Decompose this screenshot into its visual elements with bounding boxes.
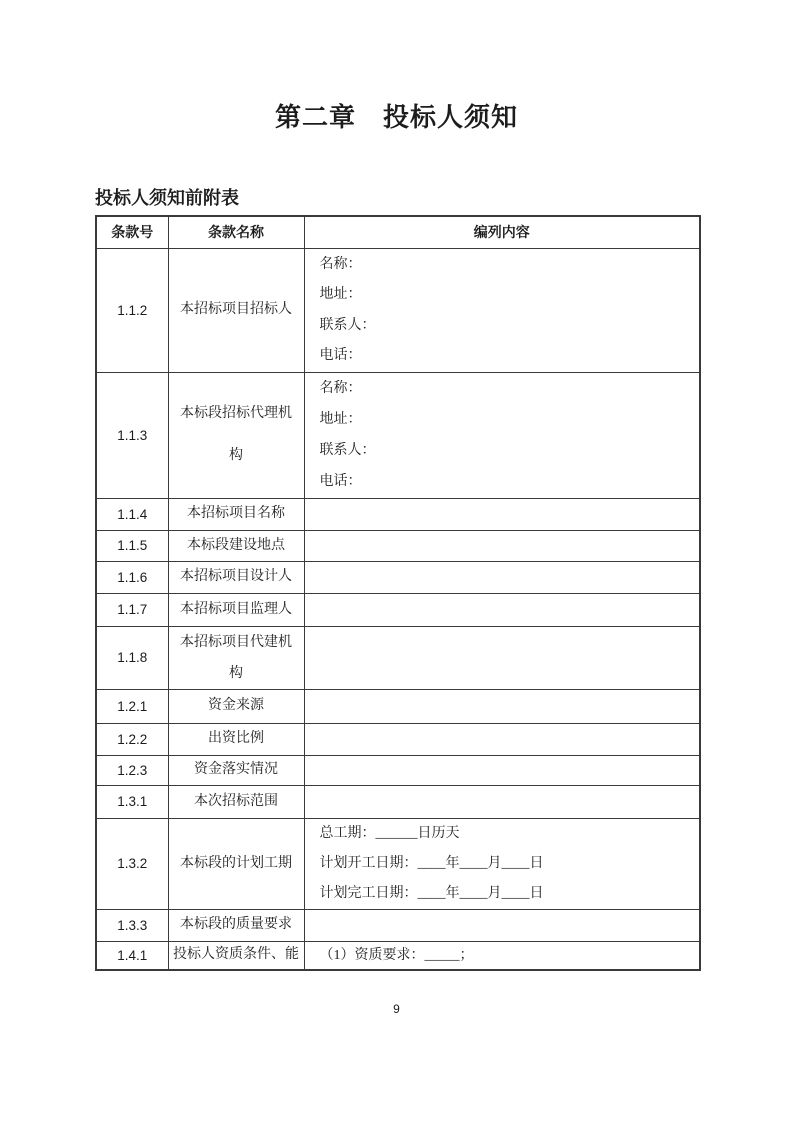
clause-name-cell: 投标人资质条件、能 bbox=[168, 941, 304, 970]
clause-name-text: 本招标项目招标人 bbox=[179, 300, 294, 320]
clause-content-cell bbox=[304, 593, 700, 626]
table-row: 1.1.8 本招标项目代建机构 bbox=[96, 626, 700, 689]
table-row: 1.2.1 资金来源 bbox=[96, 689, 700, 723]
content-line: 地址： bbox=[320, 410, 700, 429]
clause-no-cell: 1.1.4 bbox=[96, 498, 168, 530]
content-lines: 名称： 地址： 联系人： 电话： bbox=[305, 249, 700, 371]
clause-table: 条款号 条款名称 编列内容 1.1.2 本招标项目招标人 名称： 地址： 联系人… bbox=[95, 215, 701, 971]
clause-name-text: 投标人资质条件、能 bbox=[170, 945, 303, 965]
clause-name-text: 本标段的计划工期 bbox=[179, 854, 294, 874]
clause-name-cell: 本次招标范围 bbox=[168, 785, 304, 818]
clause-name-cell: 本标段建设地点 bbox=[168, 530, 304, 561]
content-line: 联系人： bbox=[320, 441, 700, 460]
clause-name-text: 本标段招标代理机构 bbox=[179, 393, 294, 477]
content-line: 总工期：______日历天 bbox=[320, 824, 700, 843]
section-heading: 投标人须知前附表 bbox=[95, 186, 793, 210]
table-row: 1.1.6 本招标项目设计人 bbox=[96, 561, 700, 593]
clause-content-cell bbox=[304, 561, 700, 593]
clause-name-text: 本招标项目设计人 bbox=[179, 567, 294, 587]
clause-no-cell: 1.3.1 bbox=[96, 785, 168, 818]
clause-name-cell: 本招标项目招标人 bbox=[168, 248, 304, 372]
clause-name-text: 本招标项目监理人 bbox=[179, 600, 294, 620]
clause-name-cell: 本标段招标代理机构 bbox=[168, 372, 304, 498]
clause-name-cell: 资金来源 bbox=[168, 689, 304, 723]
clause-no-cell: 1.1.6 bbox=[96, 561, 168, 593]
clause-name-text: 资金落实情况 bbox=[179, 760, 294, 780]
clause-name-text: 出资比例 bbox=[179, 729, 294, 749]
clause-name-text: 本次招标范围 bbox=[179, 792, 294, 812]
clause-no-cell: 1.2.1 bbox=[96, 689, 168, 723]
clause-content-cell bbox=[304, 785, 700, 818]
clause-name-text: 本招标项目名称 bbox=[179, 504, 294, 524]
clause-name-cell: 本招标项目监理人 bbox=[168, 593, 304, 626]
content-line: 名称： bbox=[320, 379, 700, 398]
content-line: 名称： bbox=[320, 255, 700, 274]
content-line: （1）资质要求：_____； bbox=[305, 946, 700, 965]
content-lines: 总工期：______日历天 计划开工日期：____年____月____日 计划完… bbox=[305, 819, 700, 908]
table-row: 1.1.5 本标段建设地点 bbox=[96, 530, 700, 561]
content-line: 计划完工日期：____年____月____日 bbox=[320, 884, 700, 903]
clause-no-cell: 1.1.2 bbox=[96, 248, 168, 372]
clause-content-cell bbox=[304, 755, 700, 785]
clause-content-cell: 名称： 地址： 联系人： 电话： bbox=[304, 372, 700, 498]
clause-no-cell: 1.1.7 bbox=[96, 593, 168, 626]
clause-name-cell: 本招标项目代建机构 bbox=[168, 626, 304, 689]
clause-no-cell: 1.3.3 bbox=[96, 909, 168, 941]
clause-content-cell: 名称： 地址： 联系人： 电话： bbox=[304, 248, 700, 372]
clause-no-cell: 1.1.8 bbox=[96, 626, 168, 689]
table-row: 1.1.3 本标段招标代理机构 名称： 地址： 联系人： 电话： bbox=[96, 372, 700, 498]
clause-name-text: 资金来源 bbox=[179, 696, 294, 716]
clause-content-cell bbox=[304, 626, 700, 689]
clause-no-cell: 1.4.1 bbox=[96, 941, 168, 970]
clause-name-text: 本标段的质量要求 bbox=[179, 915, 294, 935]
clause-no-cell: 1.1.3 bbox=[96, 372, 168, 498]
clause-name-cell: 出资比例 bbox=[168, 723, 304, 755]
chapter-title: 第二章 投标人须知 bbox=[0, 0, 793, 134]
table-row: 1.1.2 本招标项目招标人 名称： 地址： 联系人： 电话： bbox=[96, 248, 700, 372]
table-row: 1.3.2 本标段的计划工期 总工期：______日历天 计划开工日期：____… bbox=[96, 818, 700, 909]
clause-name-cell: 本招标项目名称 bbox=[168, 498, 304, 530]
clause-no-cell: 1.2.3 bbox=[96, 755, 168, 785]
clause-name-cell: 本标段的质量要求 bbox=[168, 909, 304, 941]
clause-name-text: 本标段建设地点 bbox=[179, 536, 294, 556]
table-row: 1.3.1 本次招标范围 bbox=[96, 785, 700, 818]
table-row: 1.3.3 本标段的质量要求 bbox=[96, 909, 700, 941]
clause-no-cell: 1.3.2 bbox=[96, 818, 168, 909]
content-line: 地址： bbox=[320, 285, 700, 304]
clause-no-cell: 1.1.5 bbox=[96, 530, 168, 561]
content-lines: 名称： 地址： 联系人： 电话： bbox=[305, 373, 700, 497]
table-header-row: 条款号 条款名称 编列内容 bbox=[96, 216, 700, 248]
table-row: 1.4.1 投标人资质条件、能 （1）资质要求：_____； bbox=[96, 941, 700, 970]
clause-content-cell bbox=[304, 909, 700, 941]
header-clause-name: 条款名称 bbox=[168, 216, 304, 248]
content-line: 电话： bbox=[320, 472, 700, 491]
clause-name-cell: 本招标项目设计人 bbox=[168, 561, 304, 593]
content-line: 联系人： bbox=[320, 316, 700, 335]
table-row: 1.2.3 资金落实情况 bbox=[96, 755, 700, 785]
content-line: 计划开工日期：____年____月____日 bbox=[320, 854, 700, 873]
clause-name-cell: 资金落实情况 bbox=[168, 755, 304, 785]
header-clause-no: 条款号 bbox=[96, 216, 168, 248]
content-line: 电话： bbox=[320, 346, 700, 365]
clause-content-cell bbox=[304, 723, 700, 755]
table-row: 1.1.4 本招标项目名称 bbox=[96, 498, 700, 530]
document-page: 第二章 投标人须知 投标人须知前附表 条款号 条款名称 编列内容 1.1.2 本… bbox=[0, 0, 793, 1122]
clause-no-cell: 1.2.2 bbox=[96, 723, 168, 755]
clause-content-cell: （1）资质要求：_____； bbox=[304, 941, 700, 970]
table-row: 1.2.2 出资比例 bbox=[96, 723, 700, 755]
clause-content-cell bbox=[304, 530, 700, 561]
clause-name-cell: 本标段的计划工期 bbox=[168, 818, 304, 909]
table-row: 1.1.7 本招标项目监理人 bbox=[96, 593, 700, 626]
clause-content-cell: 总工期：______日历天 计划开工日期：____年____月____日 计划完… bbox=[304, 818, 700, 909]
clause-name-text: 本招标项目代建机构 bbox=[179, 627, 294, 689]
clause-content-cell bbox=[304, 498, 700, 530]
page-number: 9 bbox=[0, 1002, 793, 1016]
header-content: 编列内容 bbox=[304, 216, 700, 248]
clause-content-cell bbox=[304, 689, 700, 723]
